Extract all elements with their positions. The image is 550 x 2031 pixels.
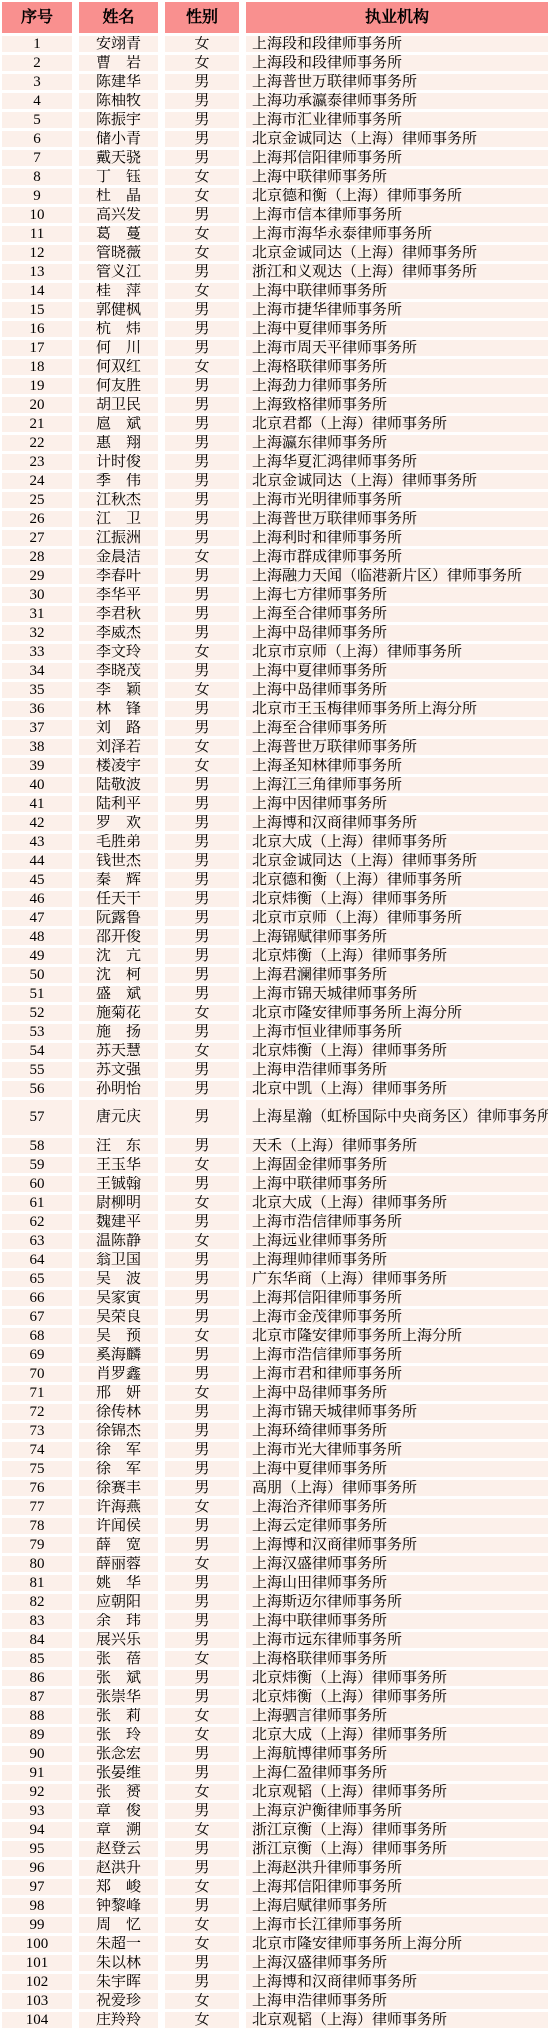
cell-name: 盛 斌 [79,986,158,1002]
cell-firm: 北京市隆安律师事务所上海分所 [246,1936,548,1952]
cell-firm: 北京德和衡（上海）律师事务所 [246,872,548,888]
cell-serial-number: 64 [2,1252,72,1268]
cell-firm: 上海融力天闻（临港新片区）律师事务所 [246,568,548,584]
cell-serial-number: 90 [2,1746,72,1762]
table-row: 51 盛 斌 男 上海市锦天城律师事务所 [2,986,548,1002]
table-row: 4 陈柚牧 男 上海功承瀛泰律师事务所 [2,93,548,109]
cell-firm: 上海航博律师事务所 [246,1746,548,1762]
cell-serial-number: 55 [2,1062,72,1078]
table-row: 39 楼凌宇 女 上海圣知林律师事务所 [2,758,548,774]
cell-gender: 男 [165,663,239,679]
cell-name: 张晏维 [79,1765,158,1781]
cell-firm: 广东华商（上海）律师事务所 [246,1271,548,1287]
cell-gender: 男 [165,1062,239,1078]
cell-serial-number: 46 [2,891,72,907]
cell-firm: 上海山田律师事务所 [246,1575,548,1591]
cell-serial-number: 13 [2,264,72,280]
cell-firm: 上海格联律师事务所 [246,1651,548,1667]
table-header-row: 序号 姓名 性别 执业机构 [2,2,548,33]
cell-gender: 男 [165,1613,239,1629]
cell-serial-number: 10 [2,207,72,223]
cell-serial-number: 37 [2,720,72,736]
cell-serial-number: 28 [2,549,72,565]
cell-name: 计时俊 [79,454,158,470]
table-row: 15 郭健枫 男 上海市捷华律师事务所 [2,302,548,318]
table-row: 98 钟黎峰 男 上海启赋律师事务所 [2,1898,548,1914]
cell-serial-number: 59 [2,1157,72,1173]
table-row: 42 罗 欢 男 上海博和汉商律师事务所 [2,815,548,831]
table-row: 35 李 颖 女 上海中岛律师事务所 [2,682,548,698]
table-row: 6 储小青 男 北京金诚同达（上海）律师事务所 [2,131,548,147]
cell-serial-number: 29 [2,568,72,584]
cell-name: 赵登云 [79,1841,158,1857]
cell-firm: 上海普世万联律师事务所 [246,739,548,755]
cell-serial-number: 5 [2,112,72,128]
table-row: 102 朱宇晖 男 上海博和汉商律师事务所 [2,1974,548,1990]
cell-name: 毛胜弟 [79,834,158,850]
cell-firm: 上海云定律师事务所 [246,1518,548,1534]
cell-gender: 男 [165,967,239,983]
table-row: 74 徐 军 男 上海市光大律师事务所 [2,1442,548,1458]
cell-gender: 男 [165,910,239,926]
cell-gender: 男 [165,511,239,527]
table-body: 1 安翊青 女 上海段和段律师事务所 2 曹 岩 女 上海段和段律师事务所 3 … [2,36,548,2028]
cell-serial-number: 103 [2,1993,72,2009]
cell-serial-number: 50 [2,967,72,983]
cell-firm: 上海仁盈律师事务所 [246,1765,548,1781]
table-row: 54 苏天慧 女 北京炜衡（上海）律师事务所 [2,1043,548,1059]
cell-name: 杭 炜 [79,321,158,337]
cell-gender: 男 [165,131,239,147]
cell-serial-number: 7 [2,150,72,166]
cell-serial-number: 3 [2,74,72,90]
table-row: 104 庄羚羚 女 北京观韬（上海）律师事务所 [2,2012,548,2028]
cell-serial-number: 97 [2,1879,72,1895]
cell-serial-number: 67 [2,1309,72,1325]
cell-gender: 女 [165,1993,239,2009]
cell-name: 陈柚牧 [79,93,158,109]
cell-serial-number: 92 [2,1784,72,1800]
table-row: 37 刘 路 男 上海至合律师事务所 [2,720,548,736]
cell-firm: 上海理帅律师事务所 [246,1252,548,1268]
cell-name: 江 卫 [79,511,158,527]
cell-gender: 女 [165,1005,239,1021]
cell-gender: 男 [165,1024,239,1040]
cell-firm: 上海圣知林律师事务所 [246,758,548,774]
cell-gender: 男 [165,1955,239,1971]
cell-firm: 上海致格律师事务所 [246,397,548,413]
cell-gender: 男 [165,1898,239,1914]
table-row: 10 高兴发 男 上海市信本律师事务所 [2,207,548,223]
cell-name: 安翊青 [79,36,158,52]
cell-name: 王铖翰 [79,1176,158,1192]
cell-firm: 上海驷言律师事务所 [246,1708,548,1724]
cell-gender: 女 [165,188,239,204]
cell-name: 江振洲 [79,530,158,546]
cell-serial-number: 20 [2,397,72,413]
cell-serial-number: 45 [2,872,72,888]
cell-firm: 上海市君和律师事务所 [246,1366,548,1382]
table-row: 78 许闻侯 男 上海云定律师事务所 [2,1518,548,1534]
cell-gender: 男 [165,454,239,470]
cell-gender: 女 [165,1157,239,1173]
cell-name: 钱世杰 [79,853,158,869]
table-row: 31 李君秋 男 上海至合律师事务所 [2,606,548,622]
cell-gender: 男 [165,948,239,964]
table-row: 84 展兴乐 男 上海市远东律师事务所 [2,1632,548,1648]
cell-serial-number: 56 [2,1081,72,1097]
table-row: 100 朱超一 女 北京市隆安律师事务所上海分所 [2,1936,548,1952]
cell-name: 陆敬波 [79,777,158,793]
cell-gender: 女 [165,682,239,698]
cell-name: 孙明怡 [79,1081,158,1097]
cell-gender: 男 [165,1841,239,1857]
cell-serial-number: 41 [2,796,72,812]
cell-gender: 男 [165,986,239,1002]
cell-firm: 上海市锦天城律师事务所 [246,1404,548,1420]
cell-gender: 男 [165,1803,239,1819]
cell-name: 薛丽蓉 [79,1556,158,1572]
cell-firm: 上海市光明律师事务所 [246,492,548,508]
cell-name: 葛 蔓 [79,226,158,242]
cell-serial-number: 57 [2,1100,72,1135]
cell-name: 季 伟 [79,473,158,489]
cell-gender: 男 [165,720,239,736]
cell-gender: 女 [165,359,239,375]
table-row: 38 刘泽若 女 上海普世万联律师事务所 [2,739,548,755]
cell-firm: 上海斯迈尔律师事务所 [246,1594,548,1610]
cell-firm: 浙江京衡（上海）律师事务所 [246,1822,548,1838]
cell-serial-number: 58 [2,1138,72,1154]
lawyer-list-table: 序号 姓名 性别 执业机构 1 安翊青 女 上海段和段律师事务所 2 曹 岩 女… [0,0,550,2028]
table-row: 101 朱以林 男 上海汉盛律师事务所 [2,1955,548,1971]
cell-gender: 男 [165,1480,239,1496]
table-row: 36 林 锋 男 北京市王玉梅律师事务所上海分所 [2,701,548,717]
cell-serial-number: 74 [2,1442,72,1458]
cell-serial-number: 99 [2,1917,72,1933]
cell-name: 徐 军 [79,1442,158,1458]
table-row: 47 阮露鲁 男 北京市京师（上海）律师事务所 [2,910,548,926]
cell-gender: 男 [165,1518,239,1534]
table-row: 48 邵开俊 男 上海锦赋律师事务所 [2,929,548,945]
cell-serial-number: 100 [2,1936,72,1952]
cell-firm: 上海邦信阳律师事务所 [246,1879,548,1895]
table-row: 86 张 斌 男 北京炜衡（上海）律师事务所 [2,1670,548,1686]
cell-serial-number: 54 [2,1043,72,1059]
cell-gender: 男 [165,1575,239,1591]
cell-serial-number: 102 [2,1974,72,1990]
cell-name: 高兴发 [79,207,158,223]
cell-name: 何双红 [79,359,158,375]
cell-serial-number: 4 [2,93,72,109]
table-row: 62 魏建平 男 上海市浩信律师事务所 [2,1214,548,1230]
cell-gender: 男 [165,815,239,831]
cell-name: 施菊花 [79,1005,158,1021]
cell-gender: 男 [165,1176,239,1192]
cell-name: 邵开俊 [79,929,158,945]
cell-serial-number: 14 [2,283,72,299]
cell-serial-number: 73 [2,1423,72,1439]
cell-serial-number: 60 [2,1176,72,1192]
cell-firm: 北京市京师（上海）律师事务所 [246,910,548,926]
cell-name: 奚海麟 [79,1347,158,1363]
cell-name: 翁卫国 [79,1252,158,1268]
cell-name: 储小青 [79,131,158,147]
cell-gender: 女 [165,1195,239,1211]
cell-firm: 北京金诚同达（上海）律师事务所 [246,853,548,869]
cell-serial-number: 63 [2,1233,72,1249]
cell-serial-number: 43 [2,834,72,850]
cell-serial-number: 76 [2,1480,72,1496]
cell-firm: 上海市光大律师事务所 [246,1442,548,1458]
table-row: 18 何双红 女 上海格联律师事务所 [2,359,548,375]
table-row: 79 薛 宽 男 上海博和汉商律师事务所 [2,1537,548,1553]
column-header-no: 序号 [2,2,72,33]
table-row: 88 张 莉 女 上海驷言律师事务所 [2,1708,548,1724]
cell-gender: 男 [165,929,239,945]
cell-firm: 上海中夏律师事务所 [246,1461,548,1477]
cell-gender: 男 [165,777,239,793]
cell-name: 郭健枫 [79,302,158,318]
cell-firm: 北京炜衡（上海）律师事务所 [246,1689,548,1705]
cell-name: 汪 东 [79,1138,158,1154]
cell-name: 周 忆 [79,1917,158,1933]
cell-gender: 女 [165,1499,239,1515]
cell-serial-number: 88 [2,1708,72,1724]
cell-serial-number: 79 [2,1537,72,1553]
cell-firm: 上海华夏汇鸿律师事务所 [246,454,548,470]
cell-name: 章 俊 [79,1803,158,1819]
table-row: 50 沈 柯 男 上海君澜律师事务所 [2,967,548,983]
cell-firm: 上海环绮律师事务所 [246,1423,548,1439]
cell-name: 徐传林 [79,1404,158,1420]
cell-gender: 女 [165,245,239,261]
cell-gender: 男 [165,1214,239,1230]
cell-name: 唐元庆 [79,1100,158,1135]
cell-name: 余 玮 [79,1613,158,1629]
cell-name: 章 溯 [79,1822,158,1838]
cell-name: 张 斌 [79,1670,158,1686]
cell-name: 吴荣良 [79,1309,158,1325]
cell-firm: 上海至合律师事务所 [246,720,548,736]
cell-serial-number: 30 [2,587,72,603]
cell-gender: 女 [165,644,239,660]
cell-name: 李威杰 [79,625,158,641]
cell-serial-number: 101 [2,1955,72,1971]
cell-name: 沈 柯 [79,967,158,983]
cell-serial-number: 61 [2,1195,72,1211]
cell-firm: 上海中夏律师事务所 [246,663,548,679]
cell-name: 刘泽若 [79,739,158,755]
table-row: 61 尉柳明 女 北京大成（上海）律师事务所 [2,1195,548,1211]
cell-firm: 上海市汇业律师事务所 [246,112,548,128]
cell-serial-number: 32 [2,625,72,641]
cell-firm: 上海市群成律师事务所 [246,549,548,565]
cell-gender: 女 [165,1385,239,1401]
table-row: 103 祝爱珍 女 上海申浩律师事务所 [2,1993,548,2009]
cell-serial-number: 51 [2,986,72,1002]
cell-name: 管晓薇 [79,245,158,261]
cell-serial-number: 93 [2,1803,72,1819]
table-row: 76 徐赛丰 男 高朋（上海）律师事务所 [2,1480,548,1496]
cell-firm: 上海市捷华律师事务所 [246,302,548,318]
cell-firm: 上海固金律师事务所 [246,1157,548,1173]
table-row: 49 沈 亢 男 北京炜衡（上海）律师事务所 [2,948,548,964]
cell-name: 沈 亢 [79,948,158,964]
cell-firm: 上海博和汉商律师事务所 [246,1537,548,1553]
cell-firm: 上海申浩律师事务所 [246,1993,548,2009]
cell-gender: 女 [165,1043,239,1059]
cell-serial-number: 16 [2,321,72,337]
cell-firm: 北京观韬（上海）律师事务所 [246,2012,548,2028]
table-row: 71 邢 妍 女 上海中岛律师事务所 [2,1385,548,1401]
cell-name: 李 颖 [79,682,158,698]
cell-gender: 女 [165,36,239,52]
cell-serial-number: 42 [2,815,72,831]
cell-serial-number: 52 [2,1005,72,1021]
cell-firm: 北京炜衡（上海）律师事务所 [246,891,548,907]
cell-firm: 浙江和义观达（上海）律师事务所 [246,264,548,280]
table-row: 60 王铖翰 男 上海中联律师事务所 [2,1176,548,1192]
cell-gender: 男 [165,207,239,223]
cell-firm: 北京金诚同达（上海）律师事务所 [246,473,548,489]
cell-firm: 上海中因律师事务所 [246,796,548,812]
cell-gender: 男 [165,530,239,546]
cell-name: 李春叶 [79,568,158,584]
cell-gender: 男 [165,1442,239,1458]
cell-gender: 男 [165,625,239,641]
cell-serial-number: 49 [2,948,72,964]
cell-firm: 天禾（上海）律师事务所 [246,1138,548,1154]
cell-firm: 上海远业律师事务所 [246,1233,548,1249]
cell-name: 任天干 [79,891,158,907]
cell-firm: 北京观韬（上海）律师事务所 [246,1784,548,1800]
cell-gender: 男 [165,112,239,128]
table-row: 23 计时俊 男 上海华夏汇鸿律师事务所 [2,454,548,470]
cell-gender: 女 [165,1879,239,1895]
cell-serial-number: 26 [2,511,72,527]
cell-firm: 北京市京师（上海）律师事务所 [246,644,548,660]
cell-name: 曹 岩 [79,55,158,71]
cell-firm: 上海京沪衡律师事务所 [246,1803,548,1819]
cell-serial-number: 25 [2,492,72,508]
cell-serial-number: 39 [2,758,72,774]
cell-serial-number: 19 [2,378,72,394]
table-row: 20 胡卫民 男 上海致格律师事务所 [2,397,548,413]
cell-name: 张 赟 [79,1784,158,1800]
cell-name: 张崇华 [79,1689,158,1705]
table-row: 75 徐 军 男 上海中夏律师事务所 [2,1461,548,1477]
cell-gender: 男 [165,1404,239,1420]
cell-gender: 男 [165,1347,239,1363]
cell-name: 管义江 [79,264,158,280]
table-row: 66 吴家寅 男 上海邦信阳律师事务所 [2,1290,548,1306]
cell-firm: 北京大成（上海）律师事务所 [246,834,548,850]
cell-gender: 男 [165,340,239,356]
table-row: 59 王玉华 女 上海固金律师事务所 [2,1157,548,1173]
cell-serial-number: 40 [2,777,72,793]
cell-gender: 男 [165,150,239,166]
cell-gender: 男 [165,568,239,584]
table-row: 68 吴 预 女 北京市隆安律师事务所上海分所 [2,1328,548,1344]
cell-name: 何 川 [79,340,158,356]
cell-firm: 上海市浩信律师事务所 [246,1347,548,1363]
table-row: 1 安翊青 女 上海段和段律师事务所 [2,36,548,52]
cell-serial-number: 23 [2,454,72,470]
cell-gender: 男 [165,264,239,280]
cell-gender: 男 [165,587,239,603]
cell-gender: 男 [165,473,239,489]
cell-serial-number: 83 [2,1613,72,1629]
table-row: 96 赵洪升 男 上海赵洪升律师事务所 [2,1860,548,1876]
cell-serial-number: 75 [2,1461,72,1477]
cell-gender: 女 [165,1936,239,1952]
cell-name: 吴 预 [79,1328,158,1344]
cell-firm: 上海普世万联律师事务所 [246,511,548,527]
table-row: 80 薛丽蓉 女 上海汉盛律师事务所 [2,1556,548,1572]
cell-name: 邢 妍 [79,1385,158,1401]
cell-firm: 北京炜衡（上海）律师事务所 [246,1670,548,1686]
cell-firm: 上海申浩律师事务所 [246,1062,548,1078]
cell-firm: 高朋（上海）律师事务所 [246,1480,548,1496]
cell-name: 徐锦杰 [79,1423,158,1439]
cell-name: 尉柳明 [79,1195,158,1211]
cell-firm: 上海市锦天城律师事务所 [246,986,548,1002]
cell-firm: 上海七方律师事务所 [246,587,548,603]
cell-serial-number: 17 [2,340,72,356]
cell-firm: 上海中夏律师事务所 [246,321,548,337]
cell-serial-number: 44 [2,853,72,869]
cell-gender: 女 [165,1556,239,1572]
cell-gender: 男 [165,606,239,622]
cell-firm: 上海中岛律师事务所 [246,625,548,641]
cell-firm: 上海市金茂律师事务所 [246,1309,548,1325]
cell-serial-number: 36 [2,701,72,717]
cell-name: 楼凌宇 [79,758,158,774]
cell-name: 朱以林 [79,1955,158,1971]
cell-firm: 上海星瀚（虹桥国际中央商务区）律师事务所 [246,1100,548,1135]
cell-name: 李华平 [79,587,158,603]
cell-serial-number: 98 [2,1898,72,1914]
table-row: 53 施 扬 男 上海市恒业律师事务所 [2,1024,548,1040]
table-row: 3 陈建华 男 上海普世万联律师事务所 [2,74,548,90]
table-row: 92 张 赟 女 北京观韬（上海）律师事务所 [2,1784,548,1800]
cell-firm: 北京市隆安律师事务所上海分所 [246,1005,548,1021]
cell-serial-number: 11 [2,226,72,242]
table-row: 19 何友胜 男 上海劲力律师事务所 [2,378,548,394]
cell-name: 徐 军 [79,1461,158,1477]
table-row: 81 姚 华 男 上海山田律师事务所 [2,1575,548,1591]
cell-gender: 女 [165,739,239,755]
table-row: 91 张晏维 男 上海仁盈律师事务所 [2,1765,548,1781]
table-row: 52 施菊花 女 北京市隆安律师事务所上海分所 [2,1005,548,1021]
cell-firm: 上海博和汉商律师事务所 [246,1974,548,1990]
cell-firm: 上海市信本律师事务所 [246,207,548,223]
column-header-name: 姓名 [79,2,158,33]
cell-firm: 上海汉盛律师事务所 [246,1556,548,1572]
cell-name: 许海燕 [79,1499,158,1515]
cell-serial-number: 77 [2,1499,72,1515]
column-header-firm: 执业机构 [246,2,548,33]
cell-gender: 男 [165,1974,239,1990]
cell-name: 李文玲 [79,644,158,660]
cell-gender: 男 [165,1290,239,1306]
cell-serial-number: 47 [2,910,72,926]
cell-name: 林 锋 [79,701,158,717]
cell-gender: 男 [165,1461,239,1477]
cell-gender: 男 [165,1271,239,1287]
cell-firm: 上海市周天平律师事务所 [246,340,548,356]
